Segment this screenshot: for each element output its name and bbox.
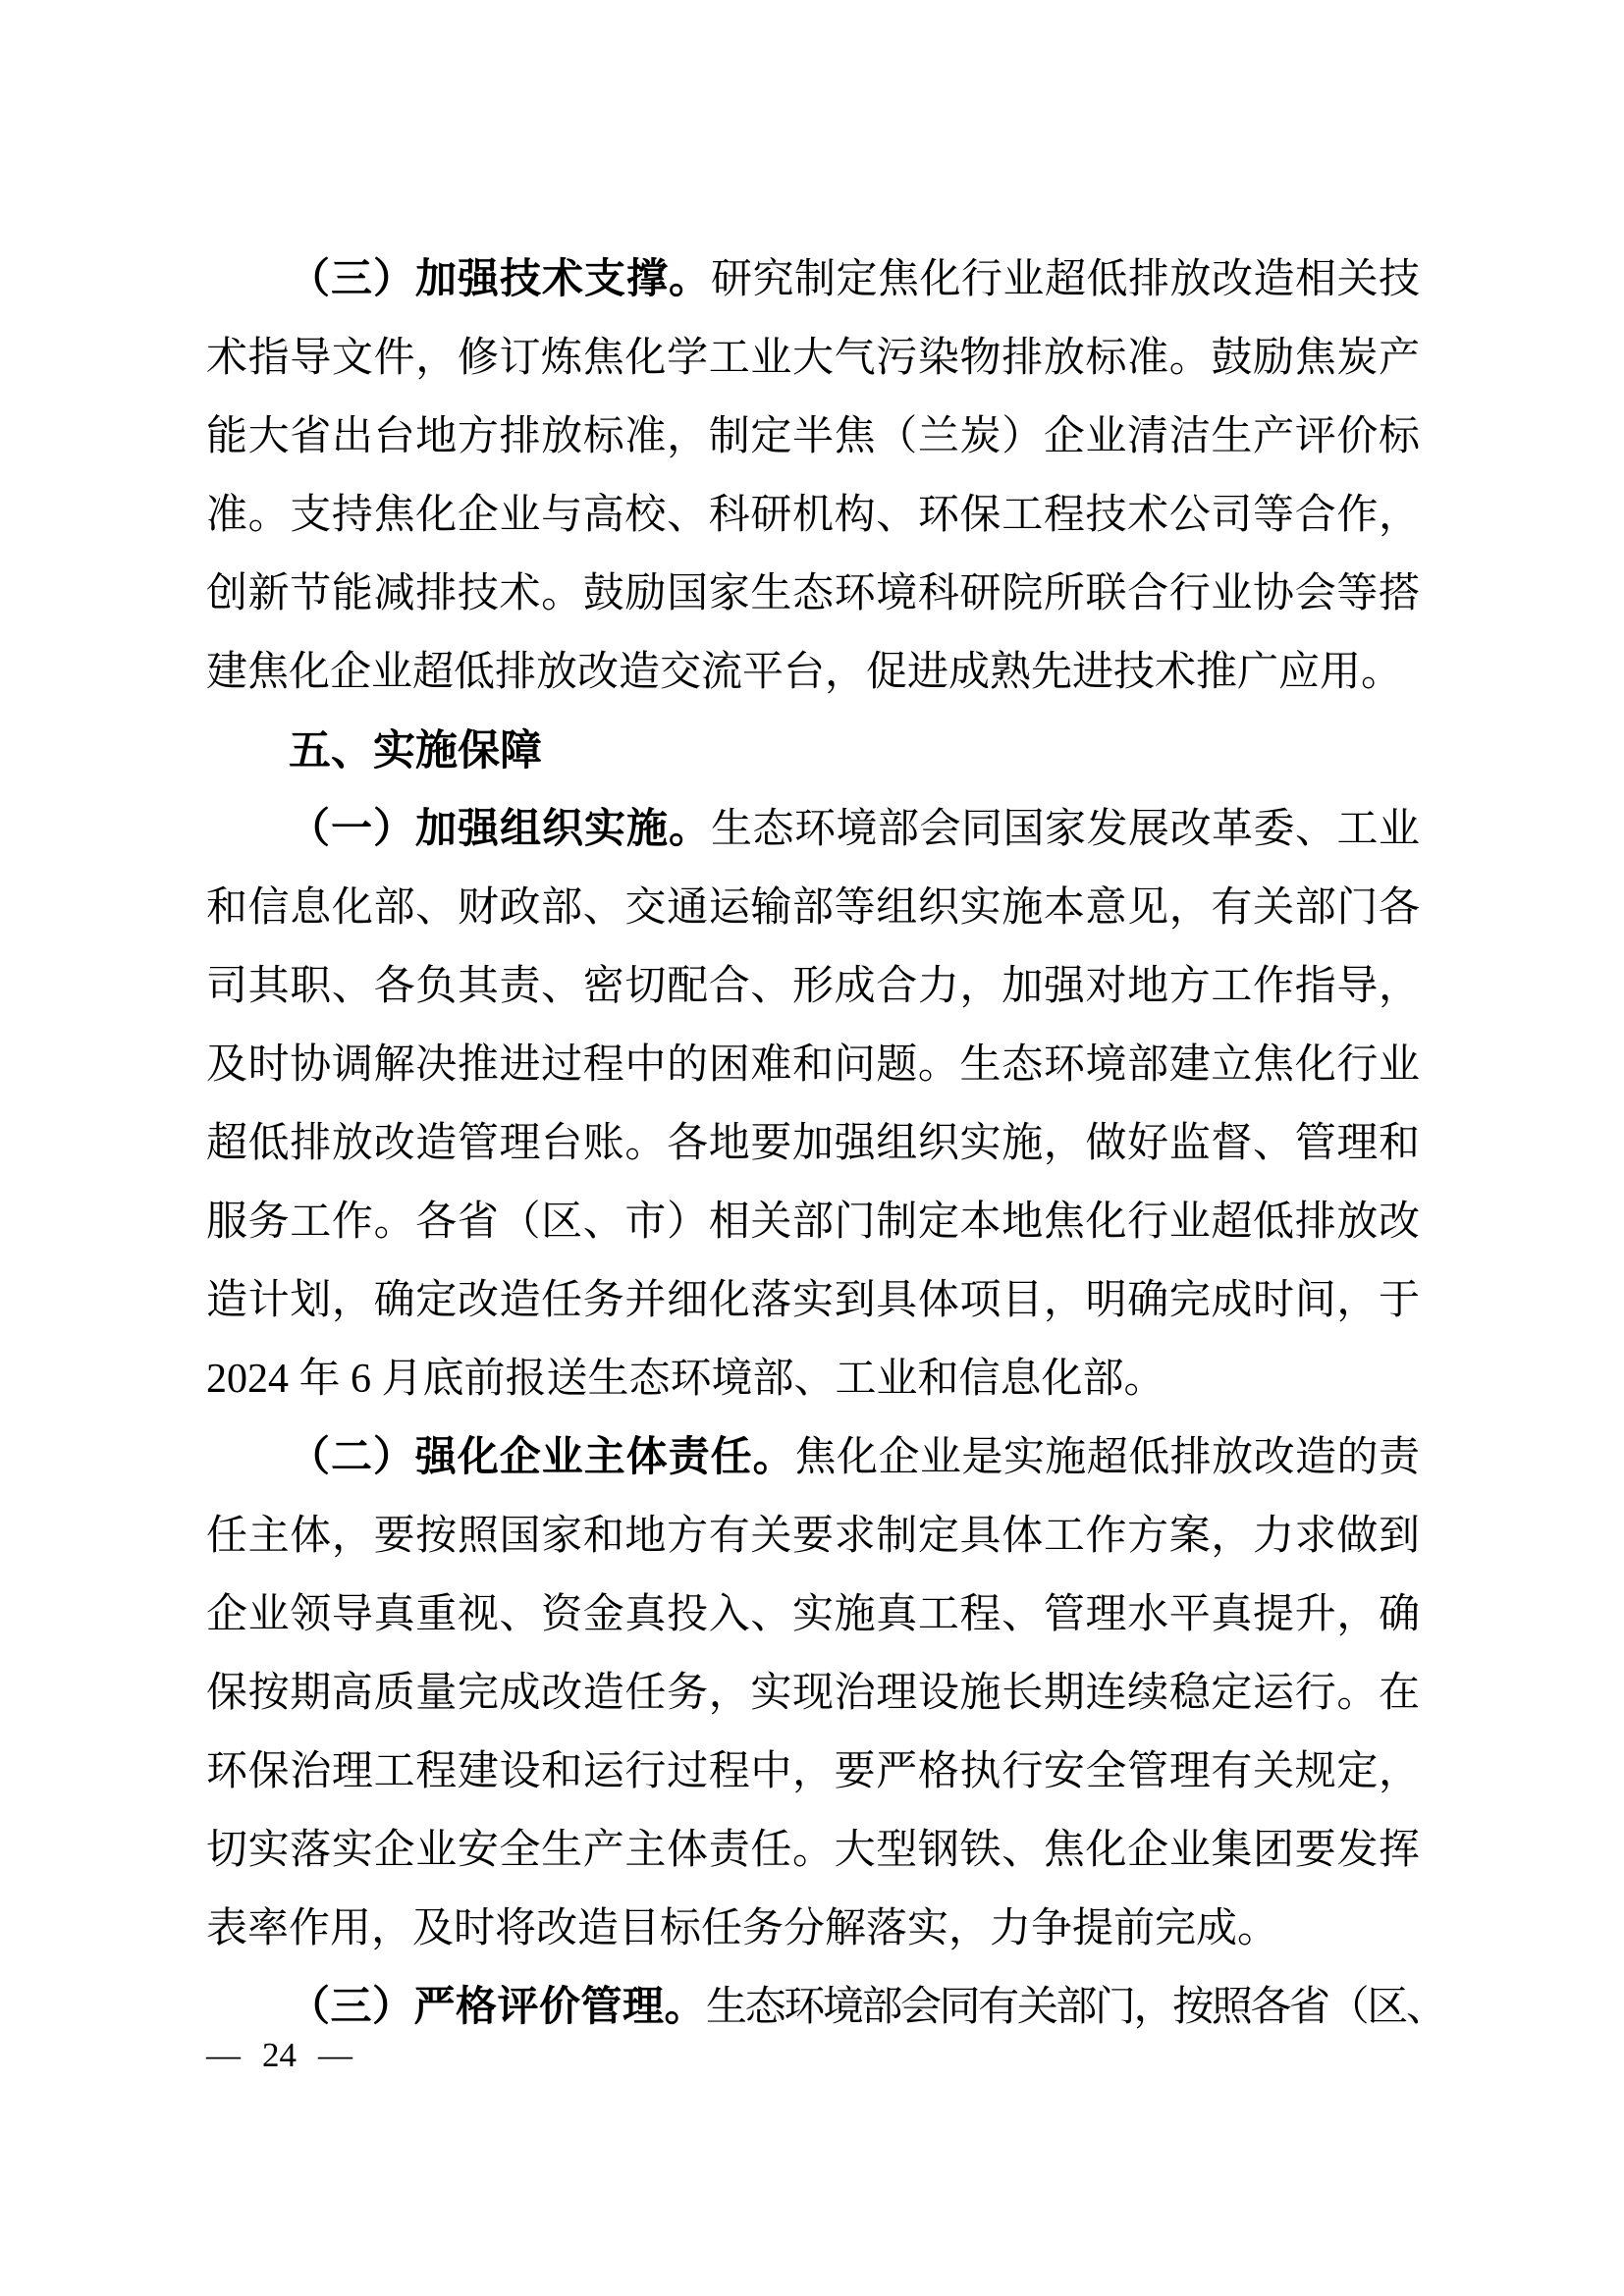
paragraph-organization: （一）加强组织实施。生态环境部会同国家发展改革委、工业和信息化部、财政部、交通运… bbox=[206, 790, 1420, 1418]
paragraph-lead: （一）加强组织实施。 bbox=[289, 807, 711, 852]
footer-dash-left: — bbox=[206, 2034, 241, 2077]
page-footer: —24— bbox=[206, 2034, 352, 2077]
paragraph-text: 生态环境部会同国家发展改革委、工业和信息化部、财政部、交通运输部等组织实施本意见… bbox=[206, 807, 1420, 1402]
footer-dash-right: — bbox=[318, 2034, 352, 2077]
page-number: 24 bbox=[262, 2034, 297, 2077]
paragraph-text: 研究制定焦化行业超低排放改造相关技术指导文件，修订炼焦化学工业大气污染物排放标准… bbox=[206, 257, 1420, 695]
paragraph-evaluation-management: （三）严格评价管理。生态环境部会同有关部门，按照各省（区、 bbox=[206, 1968, 1420, 2047]
document-page: （三）加强技术支撑。研究制定焦化行业超低排放改造相关技术指导文件，修订炼焦化学工… bbox=[0, 0, 1624, 2296]
paragraph-lead: （三）加强技术支撑。 bbox=[289, 257, 711, 302]
section-heading-implementation-safeguards: 五、实施保障 bbox=[206, 712, 1420, 790]
paragraph-text: 生态环境部会同有关部门，按照各省（区、 bbox=[706, 1985, 1444, 2030]
paragraph-lead: （三）严格评价管理。 bbox=[289, 1985, 706, 2030]
paragraph-text: 焦化企业是实施超低排放改造的责任主体，要按照国家和地方有关要求制定具体工作方案，… bbox=[206, 1435, 1420, 1951]
paragraph-enterprise-responsibility: （二）强化企业主体责任。焦化企业是实施超低排放改造的责任主体，要按照国家和地方有… bbox=[206, 1418, 1420, 1968]
paragraph-tech-support: （三）加强技术支撑。研究制定焦化行业超低排放改造相关技术指导文件，修订炼焦化学工… bbox=[206, 240, 1420, 712]
document-body: （三）加强技术支撑。研究制定焦化行业超低排放改造相关技术指导文件，修订炼焦化学工… bbox=[206, 240, 1420, 2047]
paragraph-lead: （二）强化企业主体责任。 bbox=[289, 1435, 795, 1480]
